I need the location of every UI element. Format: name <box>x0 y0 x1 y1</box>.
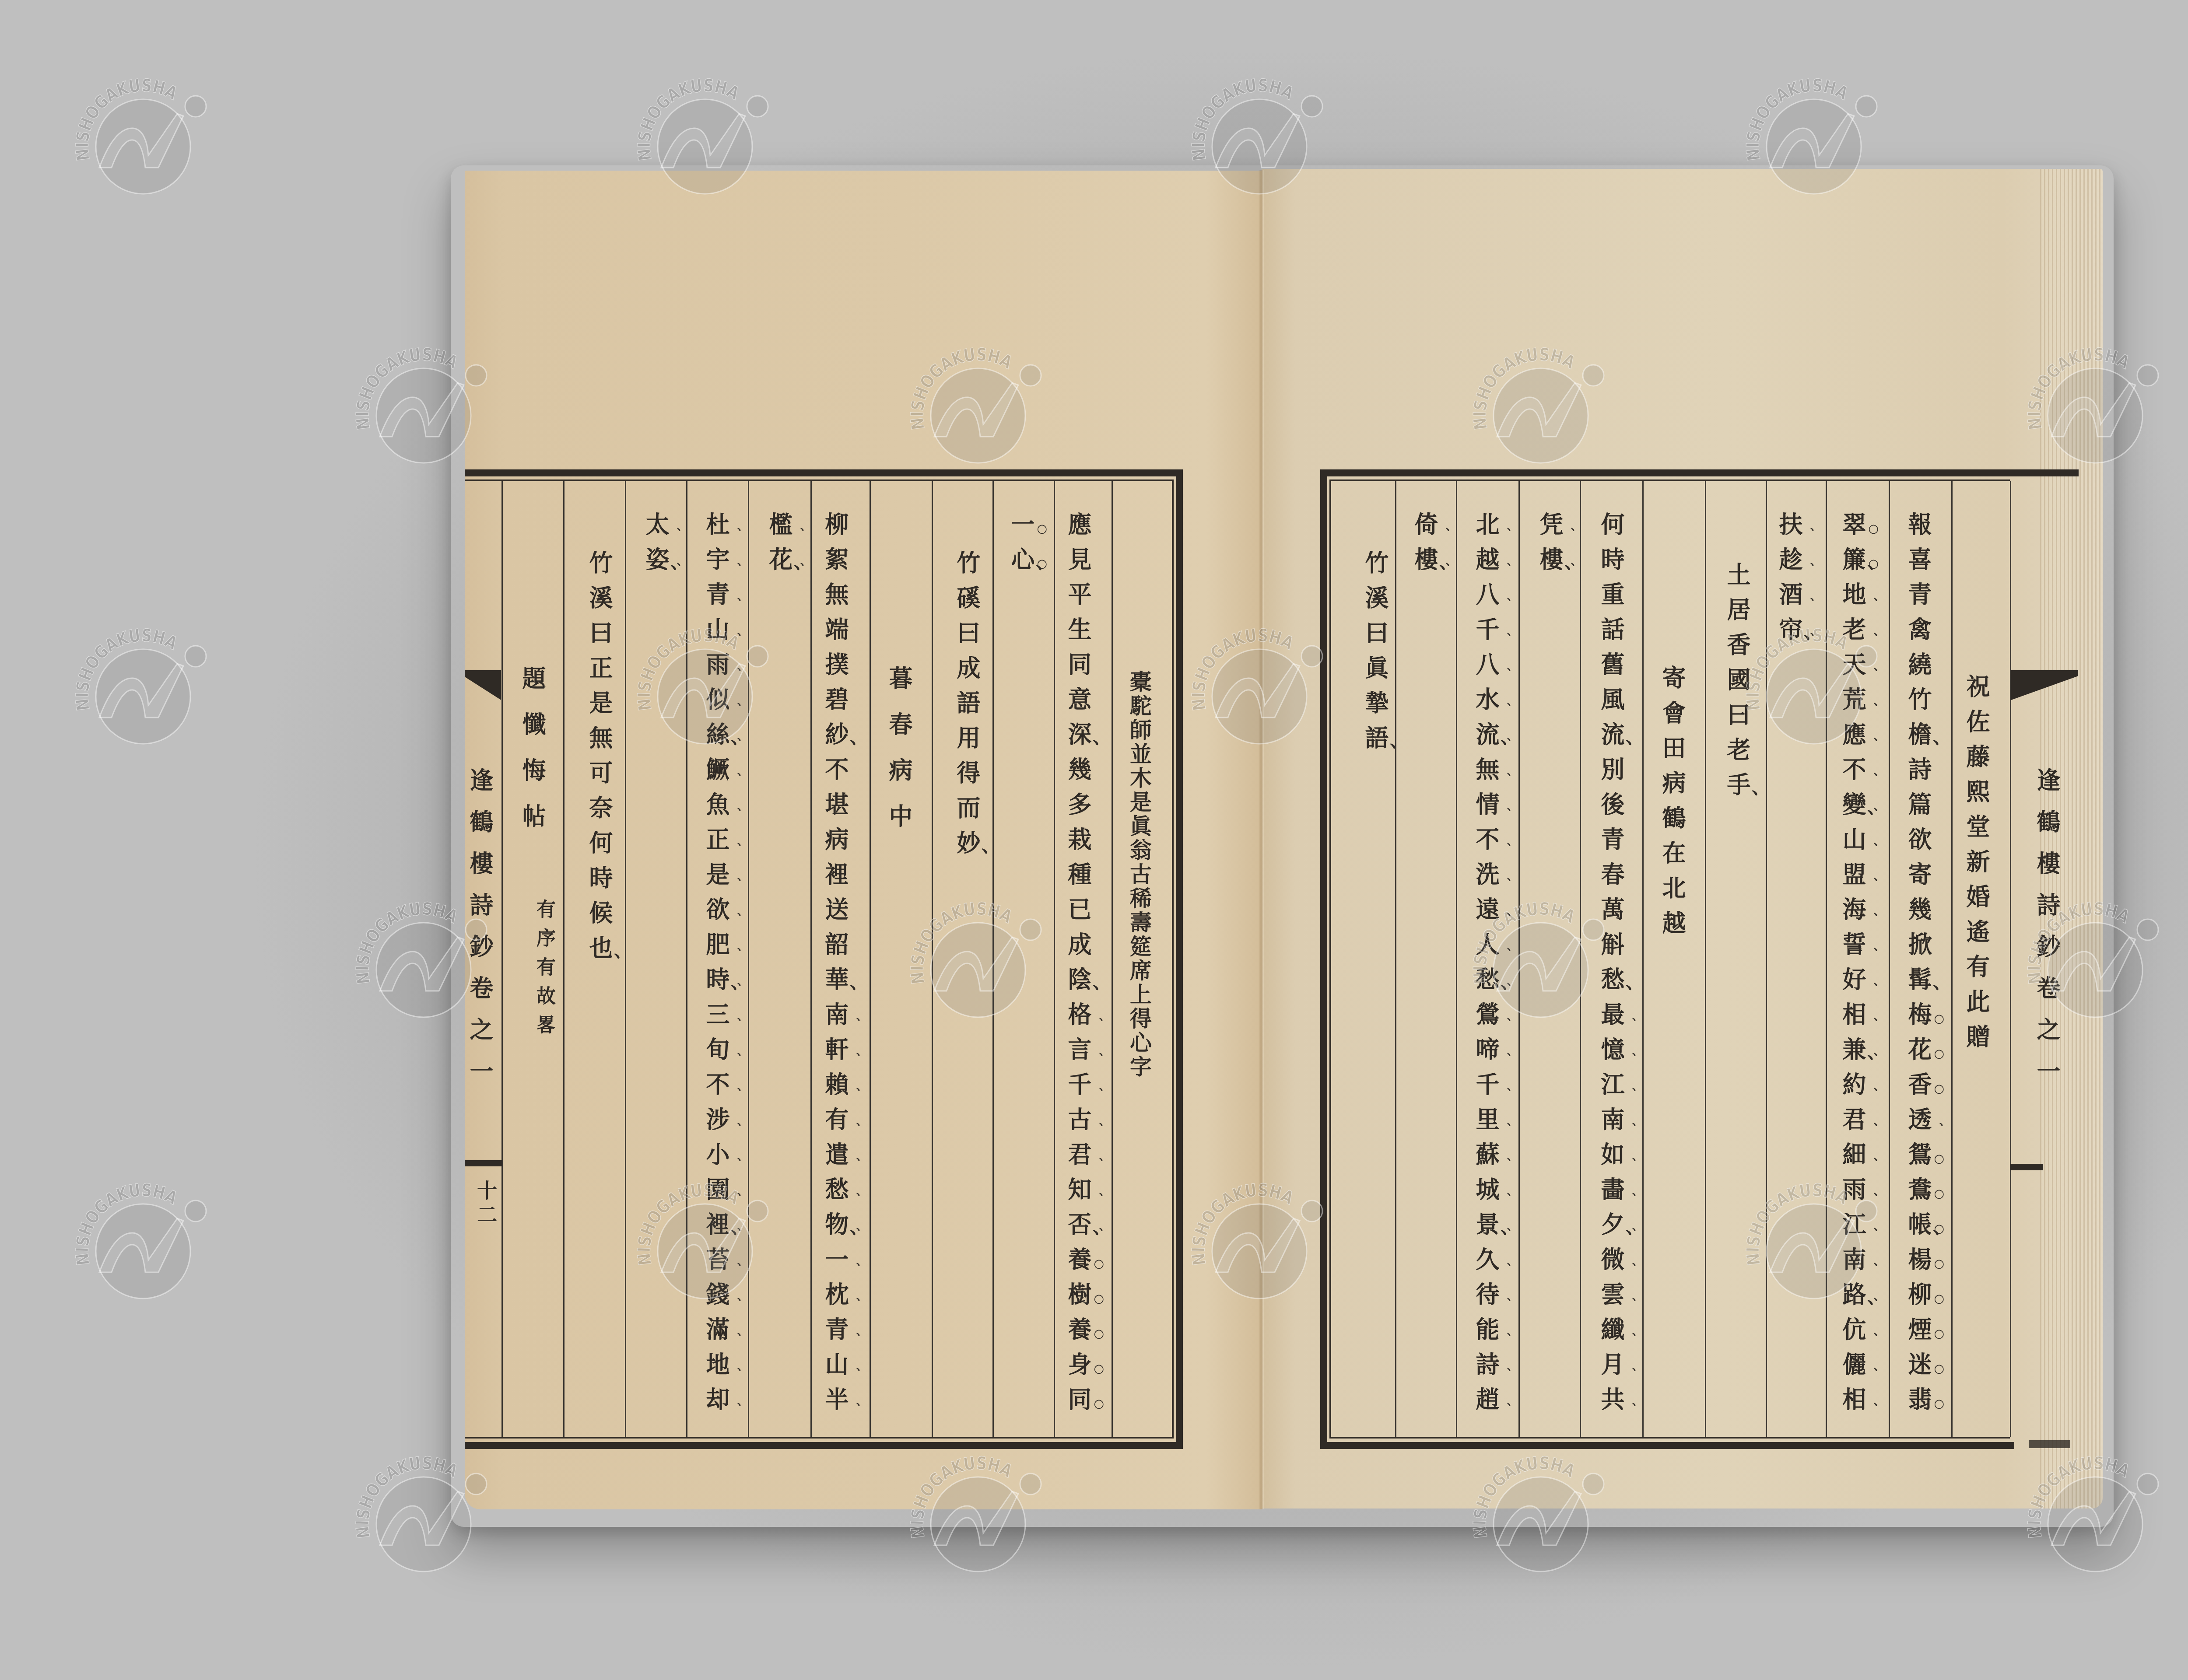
column-divider <box>1705 481 1706 1437</box>
text-segment: 扶趁酒帘、 <box>1775 512 1803 652</box>
poem-text-column: 何時重話舊風流、別後青春萬斛愁、最憶江南如畵夕、微雲纖月共 <box>1581 512 1642 1422</box>
text-segment: 地老天荒應不變、山盟海誓好相兼、約君細雨江南路、伉儷相 <box>1839 582 1867 1422</box>
margin-lower-bar <box>2010 1164 2043 1170</box>
poem-title-column: 寄會田病鶴在北越 <box>1642 665 1703 945</box>
poem-title-column: 祝佐藤熙堂新婚遙有此贈 <box>1946 674 2007 1059</box>
book-gutter <box>1259 170 1264 1509</box>
poem-text-column: 翠簾、地老天荒應不變、山盟海誓好相兼、約君細雨江南路、伉儷相 <box>1823 512 1884 1422</box>
poem-text-column: 凭樓、 <box>1520 512 1581 582</box>
frame-top-thin <box>1329 479 2010 481</box>
text-segment: 最憶江南如畵夕、微雲纖月共 <box>1597 1002 1625 1422</box>
poem-text-column: 扶趁酒帘、 <box>1759 512 1820 652</box>
text-segment: 梅花香 <box>1904 1002 1932 1107</box>
title-annotation: 有序有故畧 <box>524 899 564 1043</box>
column-divider <box>1642 481 1644 1437</box>
text-segment: 竹溪曰眞摯語、 <box>1361 550 1389 760</box>
text-segment: 柳絮無端撲碧紗、不堪病裡送韶華、 <box>821 512 849 1002</box>
text-segment: 祝佐藤熙堂新婚遙有此贈 <box>1963 674 1991 1059</box>
text-segment: 竹溪曰正是無可奈何時候也、 <box>586 550 614 970</box>
poem-text-column: 北越八千八水流、無情不洗遠人愁、鶯啼千里蘇城景、久待能詩趙 <box>1456 512 1517 1422</box>
frame-top-thin <box>465 479 1174 481</box>
commentary-column: 竹溪曰正是無可奈何時候也、 <box>569 550 630 970</box>
poem-title-column: 題懺悔帖 <box>502 666 563 850</box>
poem-text-column: 報喜青禽繞竹檐、詩篇欲寄幾掀髯、梅花香透鴛鴦帳、楊柳煙迷翡 <box>1888 512 1950 1422</box>
text-segment: 南軒賴有遣愁物、一枕青山半 <box>821 1002 849 1422</box>
text-segment: 橐駝師並木是眞翁古稀壽筵席上得心字 <box>1126 670 1152 1079</box>
text-segment: 何時重話舊風流、別後青春萬斛愁、 <box>1597 512 1625 1002</box>
text-segment: 倚樓、 <box>1411 512 1439 582</box>
text-segment: 透 <box>1904 1107 1932 1142</box>
commentary-column: 土居香國曰老手、 <box>1707 562 1768 807</box>
text-segment: 寄會田病鶴在北越 <box>1659 665 1687 945</box>
text-segment: 題懺悔帖 <box>519 666 547 850</box>
frame-top-thick <box>465 469 1183 476</box>
frame-top-thick <box>1320 469 2079 476</box>
text-segment: 竹磎曰成語用得而妙、 <box>953 550 981 865</box>
commentary-column: 竹磎曰成語用得而妙、 <box>936 550 998 865</box>
frame-right-thick <box>1176 469 1183 1449</box>
poem-title-column: 暮春病中 <box>869 666 930 850</box>
poem-title-column: 橐駝師並木是眞翁古稀壽筵席上得心字 <box>1108 670 1170 1079</box>
text-segment: 應見平生同意深、幾多栽種已成陰、 <box>1064 512 1092 1002</box>
poem-text-column: 一心、 <box>991 512 1052 582</box>
frame-bottom-thick <box>465 1442 1183 1449</box>
margin-lower-bar <box>465 1160 502 1166</box>
text-segment: 暮春病中 <box>885 666 913 850</box>
margin-title: 逢鶴樓詩鈔卷之一 <box>2027 768 2067 1100</box>
frame-left-thin <box>1329 479 1331 1438</box>
text-segment: 報喜青禽繞竹檐、詩篇欲寄幾掀髯、 <box>1904 512 1932 1002</box>
column-divider <box>932 481 933 1437</box>
commentary-column: 竹溪曰眞摯語、 <box>1345 550 1406 760</box>
frame-bottom-thin <box>1329 1437 2010 1438</box>
frame-bottom-fragment <box>2029 1440 2070 1448</box>
column-divider <box>2010 481 2011 1437</box>
text-segment: 楊柳煙迷翡 <box>1904 1247 1932 1422</box>
text-segment: 檻花、 <box>765 512 793 582</box>
column-divider <box>748 481 749 1437</box>
text-segment: 格言千古君知否、 <box>1064 1002 1092 1247</box>
page-number: 十二 <box>466 1180 505 1228</box>
poem-text-column: 柳絮無端撲碧紗、不堪病裡送韶華、南軒賴有遣愁物、一枕青山半 <box>805 512 866 1422</box>
frame-right-thin <box>1172 479 1174 1438</box>
text-segment: 太姿、 <box>642 512 670 582</box>
poem-text-column: 應見平生同意深、幾多栽種已成陰、格言千古君知否、養樹養身同 <box>1048 512 1109 1422</box>
text-segment: 養樹養身同 <box>1064 1247 1092 1422</box>
text-segment: 土居香國曰老手、 <box>1723 562 1751 807</box>
column-divider <box>1518 481 1520 1437</box>
frame-bottom-thick <box>1320 1442 2014 1449</box>
text-segment: 北越八千八水流、無情不洗遠人愁、鶯啼千里蘇城景、久待能詩趙 <box>1472 512 1500 1422</box>
margin-title: 逢鶴樓詩鈔卷之一 <box>465 768 500 1100</box>
frame-bottom-thin <box>465 1437 1174 1438</box>
poem-text-column: 檻花、 <box>749 512 810 582</box>
column-divider <box>870 481 871 1437</box>
text-segment: 杜宇青山雨似絲、鱖魚正是欲肥時、三旬不涉小園裡、苔錢滿地却 <box>702 512 730 1422</box>
frame-left-thick <box>1320 469 1327 1449</box>
poem-text-column: 杜宇青山雨似絲、鱖魚正是欲肥時、三旬不涉小園裡、苔錢滿地却 <box>686 512 747 1422</box>
poem-text-column: 太姿、 <box>626 512 687 582</box>
text-segment: 凭樓、 <box>1536 512 1564 582</box>
margin-title-strip: 逢鶴樓詩鈔卷之一 <box>465 744 502 1120</box>
